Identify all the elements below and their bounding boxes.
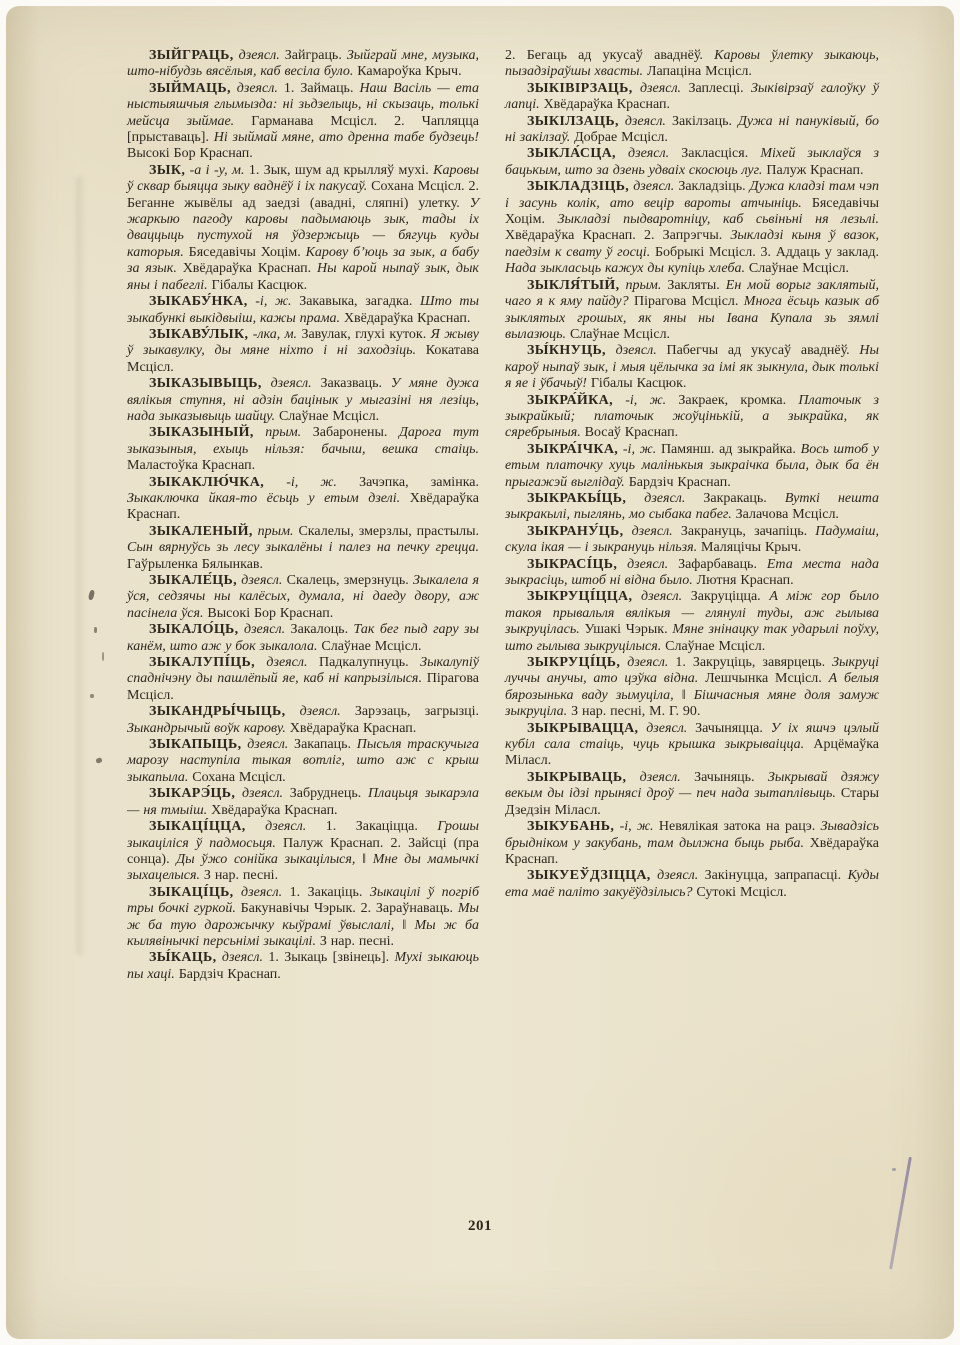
headword: ЗЫКАЛО́ЦЬ, bbox=[149, 622, 239, 637]
source-ref: Бардзіч Краснап. bbox=[625, 475, 731, 490]
dictionary-entry: ЗЫКРАСІ́ЦЬ, дзеясл. Зафарбаваць. Ета мес… bbox=[505, 557, 879, 590]
source-ref: Лютня Краснап. bbox=[693, 573, 794, 588]
definition-text: Закласціся. bbox=[669, 146, 748, 161]
headword: ЗЫКАПЫЦЬ, bbox=[149, 737, 241, 752]
headword: ЗЫКАЦІ́ЦЬ, bbox=[149, 885, 234, 900]
definition-text: Закаціцца. bbox=[336, 819, 418, 834]
source-ref: З нар. песні. bbox=[316, 934, 394, 949]
source-ref: Слаўнае Мсцісл. bbox=[745, 261, 849, 276]
dictionary-entry: ЗЫ́КАЦЬ, дзеясл. 1. Зыкаць [звінець]. Му… bbox=[127, 950, 479, 983]
source-ref: Сохана Мсцісл. bbox=[367, 179, 464, 194]
pos-label: дзеясл. bbox=[241, 737, 288, 752]
scan-speck bbox=[95, 757, 102, 764]
pos-label: дзеясл. bbox=[255, 655, 308, 670]
headword: ЗЫКРАКЫ́ЦЬ, bbox=[527, 491, 626, 506]
definition-text: Зайграць. bbox=[280, 48, 342, 63]
source-ref: Бардзіч Краснап. bbox=[175, 967, 281, 982]
sense-number: 1. bbox=[668, 655, 686, 670]
example-text: Зыкаключка йкая-то ёсьць у етым дзелі. bbox=[127, 491, 400, 506]
definition-text: Закляты. bbox=[661, 278, 719, 293]
source-ref: Гаўрыленка Бялынкав. bbox=[127, 557, 263, 572]
source-ref: Маляцічы Крыч. bbox=[697, 540, 801, 555]
source-ref: Гарманава Мсцісл. bbox=[234, 114, 377, 129]
source-ref: Лапаціна Мсцісл. bbox=[643, 64, 752, 79]
definition-text: Памянш. ад зыкрайка. bbox=[656, 442, 796, 457]
pos-label: дзеясл. bbox=[234, 48, 280, 63]
definition-text: Аддаць у заклад. bbox=[771, 245, 879, 260]
definition-text: Зачыняцца. bbox=[687, 721, 763, 736]
source-ref: Хвёдараўка Краснап. bbox=[286, 721, 416, 736]
pos-label: дзеясл. bbox=[626, 770, 680, 785]
dictionary-entry: ЗЫКЛАДЗІЦЬ, дзеясл. Закладзіць. Дужа кла… bbox=[505, 179, 879, 277]
source-ref: Бобрыкі Мсцісл. bbox=[650, 245, 756, 260]
sense-number: 1. bbox=[263, 950, 279, 965]
definition-text: Закавыка, загадка. bbox=[292, 294, 413, 309]
source-ref: Сутокі Мсцісл. bbox=[693, 885, 787, 900]
sense-number: 2. bbox=[377, 114, 405, 129]
example-text: Сын вярнуўсь зь лесу зыкалёны і палез на… bbox=[127, 540, 479, 555]
dictionary-entry: ЗЫКАКЛЮ́ЧКА, -і, ж. Зачэпка, замінка. Зы… bbox=[127, 475, 479, 524]
pen-mark bbox=[889, 1157, 911, 1270]
pos-label: дзеясл. bbox=[239, 622, 286, 637]
headword: ЗЫКАНДРЫ́ЧЫЦЬ, bbox=[149, 704, 285, 719]
source-ref: Пірагова Мсцісл. bbox=[629, 294, 739, 309]
definition-text: Закрануць, зачапіць. bbox=[673, 524, 807, 539]
dictionary-entry: ЗЫЙМАЦЬ, дзеясл. 1. Займаць. Наш Васіль … bbox=[127, 81, 479, 163]
pos-label: дзеясл. bbox=[633, 81, 681, 96]
headword: ЗЫЙМАЦЬ, bbox=[149, 81, 231, 96]
pos-label: -і, ж. bbox=[613, 393, 666, 408]
headword: ЗЫКАРЭ́ЦЬ, bbox=[149, 786, 235, 801]
definition-text: Закладзіць. bbox=[674, 179, 745, 194]
definition-text: Закілзаць. bbox=[666, 114, 732, 129]
pos-label: прым. bbox=[254, 425, 301, 440]
dictionary-entry: ЗЫКАЦІ́ЦЬ, дзеясл. 1. Закаціць. Зыкацілі… bbox=[127, 885, 479, 951]
definition-text: Скалець, змерзнуць. bbox=[282, 573, 408, 588]
headword: ЗЫ́КАЦЬ, bbox=[149, 950, 217, 965]
pos-label: -і, ж. bbox=[614, 819, 653, 834]
source-ref: Сохана Мсцісл. bbox=[188, 770, 285, 785]
headword: ЗЫКІВІРЗАЦЬ, bbox=[527, 81, 633, 96]
source-ref: Высокі Бор Краснап. bbox=[127, 146, 253, 161]
headword: ЗЫКАКЛЮ́ЧКА, bbox=[149, 475, 264, 490]
definition-text: Заказваць. bbox=[312, 376, 382, 391]
dictionary-entry: ЗЫКАВУ́ЛЫК, -лка, м. Завулак, глухі куто… bbox=[127, 327, 479, 376]
dictionary-entry: ЗЫКРА́ІЧКА, -і, ж. Памянш. ад зыкрайка. … bbox=[505, 442, 879, 491]
sense-number: 1. bbox=[244, 163, 259, 178]
source-ref: Хвёдараўка Краснап. bbox=[207, 803, 337, 818]
scan-speck bbox=[88, 590, 95, 601]
dictionary-entry: ЗЫЙГРАЦЬ, дзеясл. Зайграць. Зыйграй мне,… bbox=[127, 48, 479, 81]
sense-number: 2. bbox=[356, 901, 371, 916]
definition-text: Закінуцца, запрапасці. bbox=[698, 868, 841, 883]
pos-label: дзеясл. bbox=[619, 114, 666, 129]
sense-number: 2. bbox=[505, 48, 516, 63]
definition-text: Закалоць. bbox=[285, 622, 348, 637]
pos-label: прым. bbox=[619, 278, 661, 293]
source-ref: Бакунавічы Чэрык. bbox=[236, 901, 356, 916]
definition-text: Невялікая затока на рацэ. bbox=[654, 819, 816, 834]
source-ref: Высокі Бор Краснап. bbox=[204, 606, 334, 621]
pos-label: дзеясл. bbox=[626, 491, 685, 506]
definition-text: Завулак, глухі куток. bbox=[297, 327, 426, 342]
definition-text: Зачэпка, замінка. bbox=[337, 475, 479, 490]
dictionary-entry: ЗЫК, -а і -у, м. 1. Зык, шум ад крылляў … bbox=[127, 163, 479, 294]
definition-text: Зачыняць. bbox=[681, 770, 755, 785]
headword: ЗЫКАЗЫВЫЦЬ, bbox=[149, 376, 262, 391]
definition-text: Закаціць. bbox=[300, 885, 362, 900]
definition-text: Зафарбаваць. bbox=[668, 557, 757, 572]
headword: ЗЫКУЕЎДЗІЦЦА, bbox=[527, 868, 651, 883]
pos-label: -і, ж. bbox=[264, 475, 337, 490]
definition-text: Падкалупнуць. bbox=[308, 655, 409, 670]
definition-text: Зараўнаваць. bbox=[371, 901, 453, 916]
headword: ЗЫКРАСІ́ЦЬ, bbox=[527, 557, 617, 572]
definition-text: Закруціцца. bbox=[682, 589, 761, 604]
pos-label: дзеясл. bbox=[638, 721, 687, 736]
pos-label: прым. bbox=[253, 524, 294, 539]
dictionary-entry: ЗЫ́КНУЦЬ, дзеясл. Пабегчы ад укусаў авад… bbox=[505, 343, 879, 392]
source-ref: Палуж Краснап. bbox=[276, 836, 384, 851]
pos-label: дзеясл. bbox=[235, 786, 283, 801]
right-column: 2. Бегаць ад укусаў аваднёў. Каровы ўлет… bbox=[505, 48, 879, 983]
headword: ЗЫКРУЦІ́ЦЦА, bbox=[527, 589, 632, 604]
left-column: ЗЫЙГРАЦЬ, дзеясл. Зайграць. Зыйграй мне,… bbox=[127, 48, 479, 983]
sense-number: 2. bbox=[383, 836, 401, 851]
dictionary-entry: ЗЫКРУЦІ́ЦЬ, дзеясл. 1. Закруціць, завярц… bbox=[505, 655, 879, 721]
dictionary-page-paper: ЗЫЙГРАЦЬ, дзеясл. Зайграць. Зыйграй мне,… bbox=[6, 6, 954, 1339]
headword: ЗЫКАЛУПІ́ЦЬ, bbox=[149, 655, 255, 670]
example-text: Ні зыймай мяне, ато дренна табе будзець! bbox=[209, 130, 479, 145]
sense-number: 1. bbox=[282, 885, 300, 900]
headword: ЗЫЙГРАЦЬ, bbox=[149, 48, 234, 63]
source-ref: Хвёдараўка Краснап. bbox=[340, 311, 470, 326]
pos-label: дзеясл. bbox=[234, 885, 283, 900]
scan-edge-smudge bbox=[76, 176, 86, 956]
dictionary-entry: ЗЫКАНДРЫ́ЧЫЦЬ, дзеясл. Зарэзаць, загрызц… bbox=[127, 704, 479, 737]
source-ref: Ушакі Чэрык. bbox=[580, 622, 668, 637]
sense-number: 2. bbox=[636, 228, 655, 243]
headword: ЗЫКЛЯ́ТЫЙ, bbox=[527, 278, 619, 293]
definition-text: Заплесці. bbox=[681, 81, 744, 96]
headword: ЗЫКАВУ́ЛЫК, bbox=[149, 327, 248, 342]
definition-text: Бегаць ад укусаў аваднёў. bbox=[516, 48, 703, 63]
scan-speck bbox=[102, 652, 104, 661]
dictionary-entry: ЗЫКІЛЗАЦЬ, дзеясл. Закілзаць. Дужа ні па… bbox=[505, 114, 879, 147]
source-ref: Маластоўка Краснап. bbox=[127, 458, 255, 473]
headword: ЗЫКЛАДЗІЦЬ, bbox=[527, 179, 629, 194]
dictionary-entry: ЗЫКАЛО́ЦЬ, дзеясл. Закалоць. Так бег пыд… bbox=[127, 622, 479, 655]
sense-number: 2. bbox=[465, 179, 479, 194]
dictionary-entry: ЗЫКРЫВАЦЬ, дзеясл. Зачыняць. Зыкрывай дз… bbox=[505, 770, 879, 819]
headword: ЗЫКУБАНЬ, bbox=[527, 819, 614, 834]
source-ref: Гібалы Касцюк. bbox=[587, 376, 686, 391]
pos-label: дзеясл. bbox=[651, 868, 699, 883]
dictionary-entry: ЗЫКАБУ́НКА, -і, ж. Закавыка, загадка. Шт… bbox=[127, 294, 479, 327]
pos-label: дзеясл. bbox=[623, 524, 672, 539]
definition-text: Займаць. bbox=[294, 81, 353, 96]
example-text: Нада зыкласьць кажух ды купіць хлеба. bbox=[505, 261, 745, 276]
headword: ЗЫКРЫВАЦЬ, bbox=[527, 770, 626, 785]
definition-text: Закапаць. bbox=[288, 737, 351, 752]
dictionary-entry: ЗЫКАЛЕНЫЙ, прым. Скалелы, змерзлы, праст… bbox=[127, 524, 479, 573]
definition-text: Зарэзаць, загрызці. bbox=[341, 704, 479, 719]
source-ref: З нар. песні. bbox=[200, 868, 278, 883]
definition-text: Запрэгчы. bbox=[654, 228, 722, 243]
dictionary-entry: ЗЫКРА́ЙКА, -і, ж. Закраек, кромка. Плато… bbox=[505, 393, 879, 442]
dictionary-entry: ЗЫКАПЫЦЬ, дзеясл. Закапаць. Пысьля траск… bbox=[127, 737, 479, 786]
pos-label: дзеясл. bbox=[231, 81, 278, 96]
pos-label: дзеясл. bbox=[217, 950, 263, 965]
dictionary-entry: ЗЫКРАНУ́ЦЬ, дзеясл. Закрануць, зачапіць.… bbox=[505, 524, 879, 557]
example-text: Зыкладзі пыдваротніцу, каб сьвіньні ня л… bbox=[545, 212, 879, 227]
definition-text: Забаронены. bbox=[301, 425, 387, 440]
source-ref: Палуж Краснап. bbox=[762, 163, 863, 178]
pos-label: дзеясл. bbox=[617, 557, 668, 572]
pos-label: дзеясл. bbox=[285, 704, 340, 719]
dictionary-entry: ЗЫКЛА́СЦА, дзеясл. Закласціся. Міхей зык… bbox=[505, 146, 879, 179]
definition-text: Пабегчы ад укусаў аваднёў. bbox=[657, 343, 850, 358]
dictionary-entry: ЗЫКАЦІ́ЦЦА, дзеясл. 1. Закаціцца. Грошы … bbox=[127, 819, 479, 885]
source-ref: З нар. песні, М. Г. 90. bbox=[567, 704, 700, 719]
pos-label: -а і -у, м. bbox=[185, 163, 244, 178]
source-ref: Хвёдараўка Краснап. bbox=[540, 97, 670, 112]
dictionary-entry: ЗЫКРАКЫ́ЦЬ, дзеясл. Закракаць. Вуткі неш… bbox=[505, 491, 879, 524]
pos-label: дзеясл. bbox=[246, 819, 307, 834]
definition-text: Закруціць, завярцець. bbox=[686, 655, 825, 670]
pos-label: -і, ж. bbox=[618, 442, 656, 457]
dictionary-entry: ЗЫКРЫВАЦЦА, дзеясл. Зачыняцца. У іх яшчэ… bbox=[505, 721, 879, 770]
pos-label: дзеясл. bbox=[616, 146, 669, 161]
headword: ЗЫКАЛЕ́ЦЬ, bbox=[149, 573, 237, 588]
text-block: ЗЫЙГРАЦЬ, дзеясл. Зайграць. Зыйграй мне,… bbox=[127, 48, 879, 983]
dictionary-entry: ЗЫКАЗЫНЫЙ, прым. Забаронены. Дарога тут … bbox=[127, 425, 479, 474]
source-ref: Залачова Мсцісл. bbox=[732, 507, 839, 522]
sense-number: 1. bbox=[278, 81, 295, 96]
source-ref: Слаўнае Мсцісл. bbox=[661, 639, 765, 654]
pos-label: дзеясл. bbox=[632, 589, 682, 604]
pen-mark-dot bbox=[892, 1168, 896, 1171]
pos-label: дзеясл. bbox=[606, 343, 657, 358]
dictionary-entry: ЗЫКАЛЕ́ЦЬ, дзеясл. Скалець, змерзнуць. З… bbox=[127, 573, 479, 622]
definition-text: Зыкаць [звінець]. bbox=[279, 950, 389, 965]
headword: ЗЫКРУЦІ́ЦЬ, bbox=[527, 655, 620, 670]
source-ref: Гібалы Касцюк. bbox=[208, 278, 307, 293]
definition-text: Закраек, кромка. bbox=[666, 393, 786, 408]
dictionary-entry: ЗЫКАЛУПІ́ЦЬ, дзеясл. Падкалупнуць. Зыкал… bbox=[127, 655, 479, 704]
headword: ЗЫКІЛЗАЦЬ, bbox=[527, 114, 619, 129]
pos-label: -і, ж. bbox=[248, 294, 292, 309]
source-ref: Бяседавічы Хоцім. bbox=[184, 245, 301, 260]
headword: ЗЫКРА́ЙКА, bbox=[527, 393, 613, 408]
headword: ЗЫКАЗЫНЫЙ, bbox=[149, 425, 254, 440]
source-ref: Слаўнае Мсцісл. bbox=[566, 327, 670, 342]
headword: ЗЫКАЦІ́ЦЦА, bbox=[149, 819, 246, 834]
pos-label: дзеясл. bbox=[629, 179, 674, 194]
scan-speck bbox=[90, 694, 94, 698]
definition-text: Скалелы, змерзлы, прастылы. bbox=[294, 524, 479, 539]
sense-number: 3. bbox=[756, 245, 771, 260]
source-ref: Слаўнае Мсцісл. bbox=[317, 639, 421, 654]
dictionary-entry: ЗЫКАЗЫВЫЦЬ, дзеясл. Заказваць. У мяне ду… bbox=[127, 376, 479, 425]
dictionary-entry: ЗЫКІВІРЗАЦЬ, дзеясл. Заплесці. Зыківірза… bbox=[505, 81, 879, 114]
pos-label: дзеясл. bbox=[262, 376, 312, 391]
scan-speck bbox=[94, 627, 97, 633]
headword: ЗЫКРА́ІЧКА, bbox=[527, 442, 618, 457]
example-text: Зыкандрычый воўк карову. bbox=[127, 721, 286, 736]
pos-label: -лка, м. bbox=[248, 327, 297, 342]
definition-text: Забруднець. bbox=[283, 786, 361, 801]
definition-text: Закракаць. bbox=[685, 491, 766, 506]
headword: ЗЫКАБУ́НКА, bbox=[149, 294, 248, 309]
headword: ЗЫКЛА́СЦА, bbox=[527, 146, 616, 161]
source-ref: Восаў Краснап. bbox=[581, 425, 678, 440]
sense-number: 1. bbox=[306, 819, 336, 834]
pos-label: дзеясл. bbox=[237, 573, 282, 588]
dictionary-entry: ЗЫКРУЦІ́ЦЦА, дзеясл. Закруціцца. А між г… bbox=[505, 589, 879, 655]
entry-continuation: 2. Бегаць ад укусаў аваднёў. Каровы ўлет… bbox=[505, 48, 879, 81]
dictionary-entry: ЗЫКАРЭ́ЦЬ, дзеясл. Забруднець. Плацьця з… bbox=[127, 786, 479, 819]
pos-label: дзеясл. bbox=[620, 655, 668, 670]
scanned-dictionary-page: { "page_number": "201", "paper_color": "… bbox=[0, 0, 960, 1345]
example-text: Ды ўжо сонійка зыкацілыся, ‖ Мне ды мамы… bbox=[127, 852, 479, 883]
headword: ЗЫК, bbox=[149, 163, 185, 178]
headword: ЗЫ́КНУЦЬ, bbox=[527, 343, 606, 358]
headword: ЗЫКРЫВАЦЦА, bbox=[527, 721, 638, 736]
dictionary-entry: ЗЫКЛЯ́ТЫЙ, прым. Закляты. Ен мой ворыг з… bbox=[505, 278, 879, 344]
headword: ЗЫКРАНУ́ЦЬ, bbox=[527, 524, 623, 539]
dictionary-entry: ЗЫКУЕЎДЗІЦЦА, дзеясл. Закінуцца, запрапа… bbox=[505, 868, 879, 901]
source-ref: Слаўнае Мсцісл. bbox=[275, 409, 379, 424]
headword: ЗЫКАЛЕНЫЙ, bbox=[149, 524, 253, 539]
source-ref: Добрае Мсцісл. bbox=[570, 130, 668, 145]
dictionary-entry: ЗЫКУБАНЬ, -і, ж. Невялікая затока на рац… bbox=[505, 819, 879, 868]
page-number: 201 bbox=[6, 1218, 954, 1235]
source-ref: Камароўка Крыч. bbox=[353, 64, 461, 79]
definition-text: Зык, шум ад крылляў мухі. bbox=[259, 163, 428, 178]
source-ref: Хвёдараўка Краснап. bbox=[505, 228, 636, 243]
source-ref: Хвёдараўка Краснап. bbox=[177, 261, 311, 276]
source-ref: Лешчынка Мсцісл. bbox=[698, 671, 822, 686]
definition-text: Беганне жывёлы ад заедзі (авадні, сляпні… bbox=[127, 196, 460, 211]
